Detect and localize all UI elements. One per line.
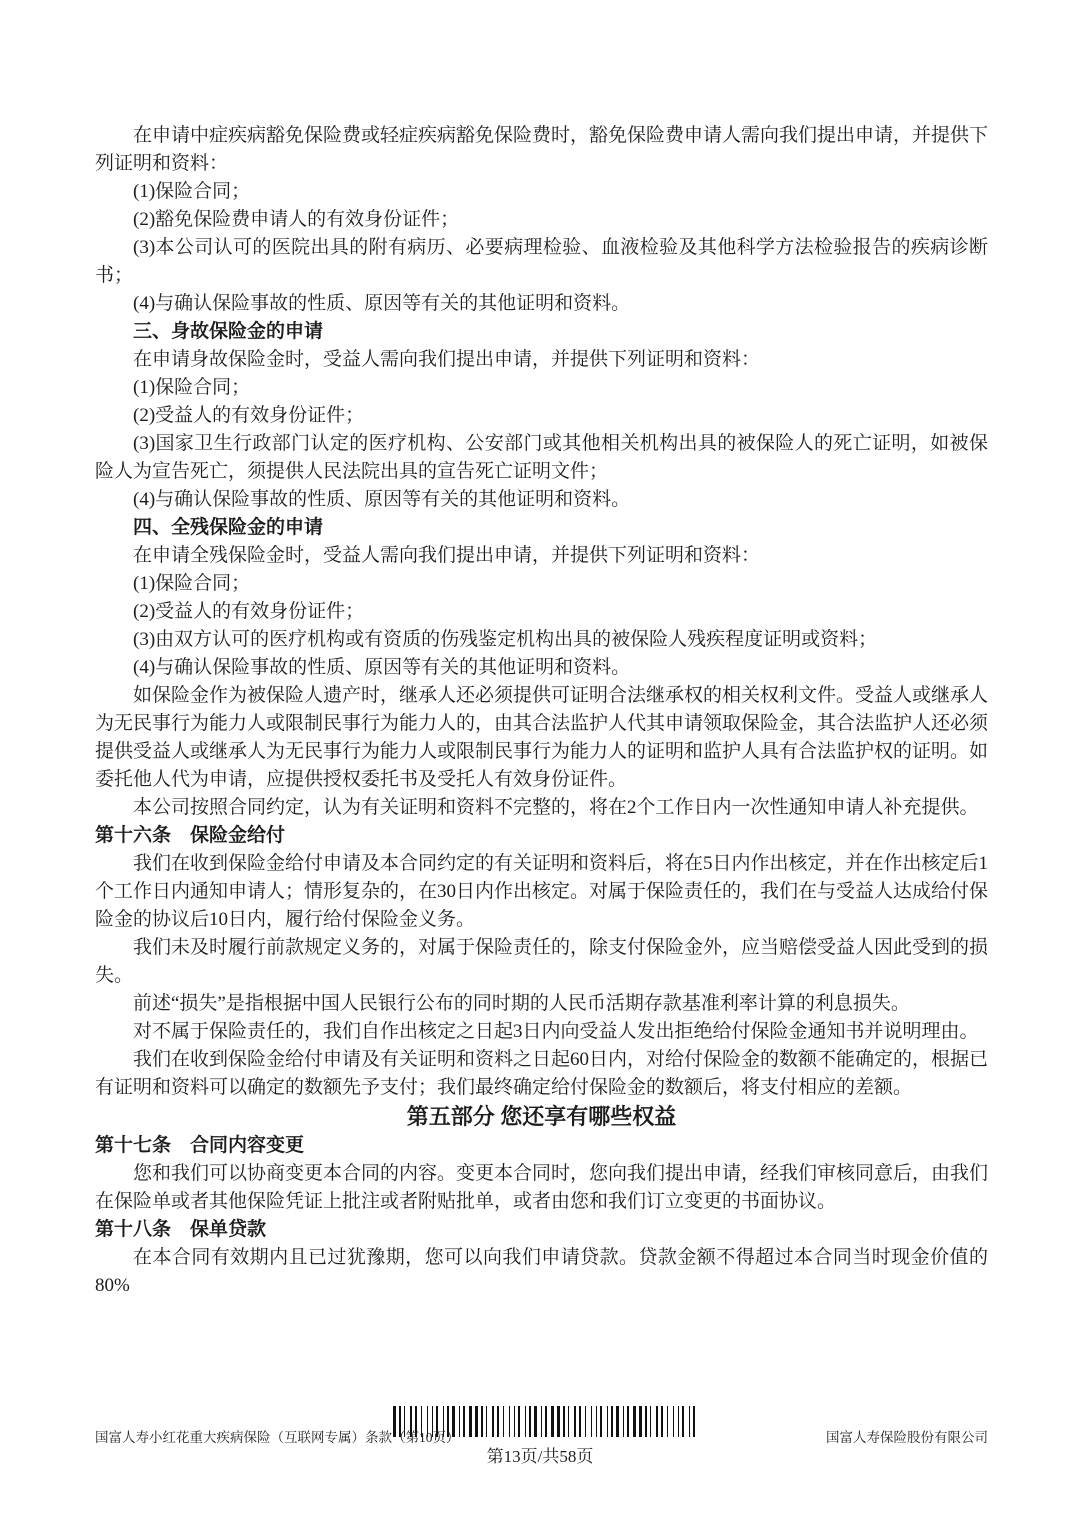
barcode-image bbox=[393, 1406, 700, 1437]
paragraph: 对不属于保险责任的，我们自作出核定之日起3日内向受益人发出拒绝给付保险金通知书并… bbox=[95, 1018, 988, 1046]
page-number: 第13页/共58页 bbox=[0, 1446, 1080, 1468]
list-item: (3)由双方认可的医疗机构或有资质的伤残鉴定机构出具的被保险人残疾程度证明或资料… bbox=[95, 626, 988, 654]
paragraph: 我们在收到保险金给付申请及本合同约定的有关证明和资料后，将在5日内作出核定，并在… bbox=[95, 850, 988, 934]
list-item: (3)本公司认可的医院出具的附有病历、必要病理检验、血液检验及其他科学方法检验报… bbox=[95, 234, 988, 290]
list-item: (4)与确认保险事故的性质、原因等有关的其他证明和资料。 bbox=[95, 290, 988, 318]
section-subheading: 四、全残保险金的申请 bbox=[95, 514, 988, 542]
list-item: (4)与确认保险事故的性质、原因等有关的其他证明和资料。 bbox=[95, 486, 988, 514]
list-item: (3)国家卫生行政部门认定的医疗机构、公安部门或其他相关机构出具的被保险人的死亡… bbox=[95, 430, 988, 486]
paragraph: 我们在收到保险金给付申请及有关证明和资料之日起60日内，对给付保险金的数额不能确… bbox=[95, 1046, 988, 1102]
article-heading: 第十六条 保险金给付 bbox=[95, 822, 988, 850]
paragraph: 在申请全残保险金时，受益人需向我们提出申请，并提供下列证明和资料： bbox=[95, 542, 988, 570]
paragraph: 在申请中症疾病豁免保险费或轻症疾病豁免保险费时，豁免保险费申请人需向我们提出申请… bbox=[95, 122, 988, 178]
paragraph: 前述“损失”是指根据中国人民银行公布的同时期的人民币活期存款基准利率计算的利息损… bbox=[95, 990, 988, 1018]
list-item: (4)与确认保险事故的性质、原因等有关的其他证明和资料。 bbox=[95, 654, 988, 682]
document-content: 在申请中症疾病豁免保险费或轻症疾病豁免保险费时，豁免保险费申请人需向我们提出申请… bbox=[0, 0, 1080, 1300]
list-item: (1)保险合同； bbox=[95, 374, 988, 402]
paragraph: 在本合同有效期内且已过犹豫期，您可以向我们申请贷款。贷款金额不得超过本合同当时现… bbox=[95, 1244, 988, 1300]
article-heading: 第十七条 合同内容变更 bbox=[95, 1132, 988, 1160]
footer-row: 国富人寿小红花重大疾病保险（互联网专属）条款（第10页） 国富人寿保险股份有限公… bbox=[95, 1429, 988, 1447]
list-item: (1)保险合同； bbox=[95, 570, 988, 598]
paragraph: 在申请身故保险金时，受益人需向我们提出申请，并提供下列证明和资料： bbox=[95, 346, 988, 374]
paragraph: 如保险金作为被保险人遗产时，继承人还必须提供可证明合法继承权的相关权利文件。受益… bbox=[95, 682, 988, 794]
paragraph: 本公司按照合同约定，认为有关证明和资料不完整的，将在2个工作日内一次性通知申请人… bbox=[95, 794, 988, 822]
list-item: (2)豁免保险费申请人的有效身份证件； bbox=[95, 206, 988, 234]
document-page: { "colors": { "background": "#ffffff", "… bbox=[0, 0, 1080, 1528]
footer-company-name: 国富人寿保险股份有限公司 bbox=[826, 1429, 988, 1447]
paragraph: 我们未及时履行前款规定义务的，对属于保险责任的，除支付保险金外，应当赔偿受益人因… bbox=[95, 934, 988, 990]
list-item: (2)受益人的有效身份证件； bbox=[95, 402, 988, 430]
article-heading: 第十八条 保单贷款 bbox=[95, 1216, 988, 1244]
part-heading: 第五部分 您还享有哪些权益 bbox=[95, 1102, 988, 1132]
section-subheading: 三、身故保险金的申请 bbox=[95, 318, 988, 346]
list-item: (1)保险合同； bbox=[95, 178, 988, 206]
list-item: (2)受益人的有效身份证件； bbox=[95, 598, 988, 626]
footer-clause-title: 国富人寿小红花重大疾病保险（互联网专属）条款（第10页） bbox=[95, 1429, 460, 1447]
paragraph: 您和我们可以协商变更本合同的内容。变更本合同时，您向我们提出申请，经我们审核同意… bbox=[95, 1160, 988, 1216]
